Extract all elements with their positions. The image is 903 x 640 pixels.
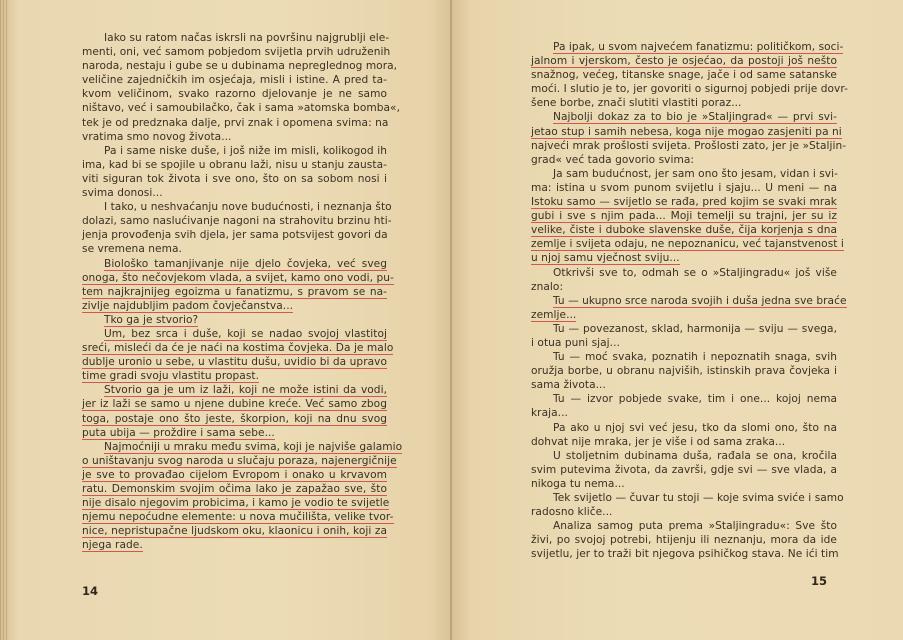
text-line: Tu — izvor pobjede svake, tim i one... k… bbox=[531, 392, 837, 406]
text-line: Stvorio ga je um iz laži, koji ne može i… bbox=[82, 383, 387, 397]
text-line: tek je od predznaka dalje, prvi znak i o… bbox=[82, 116, 387, 130]
line-text: viti siguran tok života i sve ono, što o… bbox=[82, 173, 387, 185]
line-text: Tek svijetlo — čuvar tu stoji — koje svi… bbox=[553, 492, 844, 504]
page-number-right: 15 bbox=[811, 574, 827, 588]
text-line: jetao stup i samih nebesa, koga nije mog… bbox=[531, 125, 837, 139]
underlined-text: zemlje i svijeta odaju, ne nepoznanicu, … bbox=[531, 238, 844, 251]
text-line: dolazi, samo naslućivanje nagoni na stra… bbox=[82, 214, 387, 228]
underlined-text: jalnom i vjerskom, često je osjećao, da … bbox=[531, 55, 837, 68]
text-line: sreći, misleći da će je naći na kostima … bbox=[82, 341, 387, 355]
text-line: I tako, u neshvaćanju nove budućnosti, i… bbox=[82, 200, 387, 214]
text-line: ništavo, već i samoubilačko, čak i sama … bbox=[82, 101, 387, 115]
page-number-left: 14 bbox=[82, 584, 98, 598]
text-line: kraja... bbox=[531, 406, 837, 420]
text-line: Biološko tamanjivanje nije djelo čovjeka… bbox=[82, 257, 387, 271]
left-page: Iako su ratom načas iskrsli na površinu … bbox=[0, 0, 452, 640]
text-line: grad« već tada govorio svima: bbox=[531, 153, 837, 167]
line-text: Pa i same niske duše, i još niže im misl… bbox=[104, 145, 387, 157]
right-page-text: Pa ipak, u svom najvećem fanatizmu: poli… bbox=[531, 40, 837, 561]
underlined-text: velike, čiste i duboke slavenske duše, č… bbox=[531, 224, 837, 237]
underlined-text: Pa ipak, u svom najvećem fanatizmu: poli… bbox=[553, 41, 843, 54]
text-line: oružja borbe, u obranu najviših, istinsk… bbox=[531, 364, 837, 378]
underlined-text: o uništavanju svog naroda u slučaju pora… bbox=[82, 455, 397, 468]
line-text: dohvat nije mraka, jer je više i od sama… bbox=[531, 436, 785, 448]
text-line: vratima smo novog života... bbox=[82, 130, 387, 144]
left-page-text: Iako su ratom načas iskrsli na površinu … bbox=[82, 31, 387, 552]
line-text: kvom veličinom, svako razorno djelovanje… bbox=[82, 88, 387, 100]
line-text: Pa ako u njoj svi već jesu, tko da slomi… bbox=[553, 422, 837, 434]
underlined-text: u njoj samu vječnost sviju... bbox=[531, 252, 680, 265]
underlined-text: nice, nepristupačne ljudskom oku, klaoni… bbox=[82, 525, 387, 538]
line-text: veličine zajedničkih im osjećaja, misli … bbox=[82, 74, 387, 86]
underlined-text: Najbolji dokaz za to bio je »Staljingrad… bbox=[553, 111, 837, 124]
text-line: Tu — ukupno srce naroda svojih i duša je… bbox=[531, 294, 837, 308]
underlined-text: sreći, misleći da će je naći na kostima … bbox=[82, 342, 393, 355]
underlined-text: zivlje najdubljim padom čovječanstva... bbox=[82, 300, 293, 313]
text-line: Ja sam budućnost, jer sam ono što jesam,… bbox=[531, 167, 837, 181]
book-spread: Iako su ratom načas iskrsli na površinu … bbox=[0, 0, 903, 640]
line-text: šene borbe, znači slutiti vlastiti poraz… bbox=[531, 97, 741, 109]
line-text: U stoljetnim dubinama duša, rađala se on… bbox=[553, 450, 837, 462]
text-line: Analiza samog puta prema »Staljingradu«:… bbox=[531, 519, 837, 533]
line-text: se vremena nema. bbox=[82, 243, 182, 255]
text-line: najveći mrak prošlosti svijeta. Prošlost… bbox=[531, 139, 837, 153]
text-line: tem najkrajnijeg egoizma u fanatizmu, s … bbox=[82, 285, 387, 299]
text-line: ratu. Demonskim svojim očima lako je zap… bbox=[82, 482, 387, 496]
text-line: o uništavanju svog naroda u slučaju pora… bbox=[82, 454, 387, 468]
text-line: svijetlu, jer to traži bit njegova psihi… bbox=[531, 547, 837, 561]
text-line: ma: istina u svom punom svijetlu i sjaju… bbox=[531, 181, 837, 195]
line-text: Tu — povezanost, sklad, harmonija — svij… bbox=[553, 323, 837, 335]
text-line: je sve to provađao cijelom Evropom i ona… bbox=[82, 468, 387, 482]
underlined-text: time gradi svoju vlastitu propast. bbox=[82, 370, 259, 383]
text-line: i otua puni sjaj... bbox=[531, 336, 837, 350]
line-text: vratima smo novog života... bbox=[82, 131, 231, 143]
line-text: svim putevima života, da završi, gdje sv… bbox=[531, 464, 837, 476]
underlined-text: zemlje... bbox=[531, 309, 576, 322]
underlined-text: Tko ga je stvorio? bbox=[104, 314, 198, 327]
line-text: Analiza samog puta prema »Staljingradu«:… bbox=[553, 520, 837, 532]
underlined-text: tem najkrajnijeg egoizma u fanatizmu, s … bbox=[82, 286, 387, 299]
underlined-text: gubi i sve s njim pada... Moji temelji s… bbox=[531, 210, 837, 223]
text-line: njega rade. bbox=[82, 538, 387, 552]
line-text: svima donosi... bbox=[82, 187, 163, 199]
underlined-text: Najmoćniji u mraku među svima, koji je n… bbox=[104, 441, 402, 454]
text-line: velike, čiste i duboke slavenske duše, č… bbox=[531, 223, 837, 237]
text-line: Pa ako u njoj svi već jesu, tko da slomi… bbox=[531, 421, 837, 435]
text-line: Najmoćniji u mraku među svima, koji je n… bbox=[82, 440, 387, 454]
text-line: Tek svijetlo — čuvar tu stoji — koje svi… bbox=[531, 491, 837, 505]
text-line: se vremena nema. bbox=[82, 242, 387, 256]
text-line: živi, po svojoj potrebi, htijenju ili ne… bbox=[531, 533, 837, 547]
text-line: ima, kad bi se spojile u obranu laži, ni… bbox=[82, 158, 387, 172]
line-text: znalo: bbox=[531, 281, 563, 293]
text-line: time gradi svoju vlastitu propast. bbox=[82, 369, 387, 383]
line-text: Otkrivši sve to, odmah se o »Staljingrad… bbox=[553, 267, 837, 279]
text-line: znalo: bbox=[531, 280, 837, 294]
text-line: puta ubija — proždire i sama sebe... bbox=[82, 426, 387, 440]
text-line: menti, oni, već samom pobjedom svijetla … bbox=[82, 45, 387, 59]
underlined-text: ratu. Demonskim svojim očima lako je zap… bbox=[82, 483, 387, 496]
text-line: Najbolji dokaz za to bio je »Staljingrad… bbox=[531, 110, 837, 124]
text-line: viti siguran tok života i sve ono, što o… bbox=[82, 172, 387, 186]
text-line: Tko ga je stvorio? bbox=[82, 313, 387, 327]
text-line: zivlje najdubljim padom čovječanstva... bbox=[82, 299, 387, 313]
underlined-text: puta ubija — proždire i sama sebe... bbox=[82, 427, 275, 440]
text-line: Tu — povezanost, sklad, harmonija — svij… bbox=[531, 322, 837, 336]
line-text: Iako su ratom načas iskrsli na površinu … bbox=[104, 32, 389, 44]
line-text: Tu — izvor pobjede svake, tim i one... k… bbox=[553, 393, 837, 405]
line-text: Tu — moć svaka, poznatih i nepoznatih sn… bbox=[553, 351, 837, 363]
underlined-text: Um, bez srca i duše, koji se nadao svojo… bbox=[104, 328, 387, 341]
text-line: naroda, nestaju i gube se u dubinama nep… bbox=[82, 59, 387, 73]
text-line: Tu — moć svaka, poznatih i nepoznatih sn… bbox=[531, 350, 837, 364]
text-line: šene borbe, znači slutiti vlastiti poraz… bbox=[531, 96, 837, 110]
text-line: nije disalo njegovim probicima, i kamo j… bbox=[82, 496, 387, 510]
text-line: nikoga tu nema... bbox=[531, 477, 837, 491]
line-text: menti, oni, već samom pobjedom svijetla … bbox=[82, 46, 390, 58]
line-text: najveći mrak prošlosti svijeta. Prošlost… bbox=[531, 140, 846, 152]
line-text: radosno kliče... bbox=[531, 506, 612, 518]
text-line: svim putevima života, da završi, gdje sv… bbox=[531, 463, 837, 477]
line-text: jenja provođenja svih djela, jer sama po… bbox=[82, 229, 388, 241]
line-text: naroda, nestaju i gube se u dubinama nep… bbox=[82, 60, 397, 72]
line-text: Ja sam budućnost, jer sam ono što jesam,… bbox=[553, 168, 838, 180]
text-line: jenja provođenja svih djela, jer sama po… bbox=[82, 228, 387, 242]
text-line: jer iz laži se samo u njene dubine kreće… bbox=[82, 397, 387, 411]
underlined-text: njemu nepoćudne elemente: u nova mučiliš… bbox=[82, 511, 394, 524]
text-line: Um, bez srca i duše, koji se nadao svojo… bbox=[82, 327, 387, 341]
text-line: dublje uronio u sebe, u vlastitu dušu, u… bbox=[82, 355, 387, 369]
line-text: dolazi, samo naslućivanje nagoni na stra… bbox=[82, 215, 392, 227]
underlined-text: jer iz laži se samo u njene dubine kreće… bbox=[82, 398, 387, 411]
text-line: svima donosi... bbox=[82, 186, 387, 200]
text-line: Otkrivši sve to, odmah se o »Staljingrad… bbox=[531, 266, 837, 280]
text-line: kvom veličinom, svako razorno djelovanje… bbox=[82, 87, 387, 101]
text-line: snažnog, većeg, titanske snage, jače i o… bbox=[531, 68, 837, 82]
text-line: u njoj samu vječnost sviju... bbox=[531, 251, 837, 265]
text-line: zemlje i svijeta odaju, ne nepoznanicu, … bbox=[531, 237, 837, 251]
underlined-text: jetao stup i samih nebesa, koga nije mog… bbox=[531, 126, 842, 139]
underlined-text: Istoku samo — svijetlo se rađa, pred koj… bbox=[531, 196, 837, 209]
text-line: gubi i sve s njim pada... Moji temelji s… bbox=[531, 209, 837, 223]
underlined-text: dublje uronio u sebe, u vlastitu dušu, u… bbox=[82, 356, 387, 369]
page-edge bbox=[0, 0, 8, 640]
underlined-text: njega rade. bbox=[82, 539, 143, 552]
underlined-text: Stvorio ga je um iz laži, koji ne može i… bbox=[104, 384, 387, 397]
line-text: i otua puni sjaj... bbox=[531, 337, 620, 349]
text-line: Iako su ratom načas iskrsli na površinu … bbox=[82, 31, 387, 45]
underlined-text: nije disalo njegovim probicima, i kamo j… bbox=[82, 497, 389, 510]
text-line: veličine zajedničkih im osjećaja, misli … bbox=[82, 73, 387, 87]
line-text: ima, kad bi se spojile u obranu laži, ni… bbox=[82, 159, 387, 171]
line-text: moći. I slutio je to, jer govoriti o sig… bbox=[531, 83, 848, 95]
underlined-text: Biološko tamanjivanje nije djelo čovjeka… bbox=[104, 258, 387, 271]
text-line: onoga, što nečovjekom vlada, a svijet, k… bbox=[82, 271, 387, 285]
line-text: tek je od predznaka dalje, prvi znak i o… bbox=[82, 117, 388, 129]
underlined-text: onoga, što nečovjekom vlada, a svijet, k… bbox=[82, 272, 394, 285]
line-text: živi, po svojoj potrebi, htijenju ili ne… bbox=[531, 534, 837, 546]
text-line: zemlje... bbox=[531, 308, 837, 322]
underlined-text: je sve to provađao cijelom Evropom i ona… bbox=[82, 469, 387, 482]
line-text: svijetlu, jer to traži bit njegova psihi… bbox=[531, 548, 839, 560]
text-line: Pa ipak, u svom najvećem fanatizmu: poli… bbox=[531, 40, 837, 54]
text-line: njemu nepoćudne elemente: u nova mučiliš… bbox=[82, 510, 387, 524]
line-text: ništavo, već i samoubilačko, čak i sama … bbox=[82, 102, 400, 114]
line-text: kraja... bbox=[531, 407, 568, 419]
text-line: moći. I slutio je to, jer govoriti o sig… bbox=[531, 82, 837, 96]
line-text: nikoga tu nema... bbox=[531, 478, 625, 490]
line-text: I tako, u neshvaćanju nove budućnosti, i… bbox=[104, 201, 392, 213]
text-line: toga, postaje ono što jeste, škorpion, k… bbox=[82, 412, 387, 426]
text-line: dohvat nije mraka, jer je više i od sama… bbox=[531, 435, 837, 449]
line-text: ma: istina u svom punom svijetlu i sjaju… bbox=[531, 182, 837, 194]
text-line: nice, nepristupačne ljudskom oku, klaoni… bbox=[82, 524, 387, 538]
text-line: U stoljetnim dubinama duša, rađala se on… bbox=[531, 449, 837, 463]
line-text: sama života... bbox=[531, 379, 606, 391]
text-line: sama života... bbox=[531, 378, 837, 392]
underlined-text: Tu — ukupno srce naroda svojih i duša je… bbox=[553, 295, 847, 308]
line-text: oružja borbe, u obranu najviših, istinsk… bbox=[531, 365, 837, 377]
line-text: grad« već tada govorio svima: bbox=[531, 154, 694, 166]
text-line: jalnom i vjerskom, često je osjećao, da … bbox=[531, 54, 837, 68]
right-page: Pa ipak, u svom najvećem fanatizmu: poli… bbox=[452, 0, 903, 640]
underlined-text: toga, postaje ono što jeste, škorpion, k… bbox=[82, 413, 387, 426]
text-line: Pa i same niske duše, i još niže im misl… bbox=[82, 144, 387, 158]
text-line: radosno kliče... bbox=[531, 505, 837, 519]
line-text: snažnog, većeg, titanske snage, jače i o… bbox=[531, 69, 837, 81]
text-line: Istoku samo — svijetlo se rađa, pred koj… bbox=[531, 195, 837, 209]
